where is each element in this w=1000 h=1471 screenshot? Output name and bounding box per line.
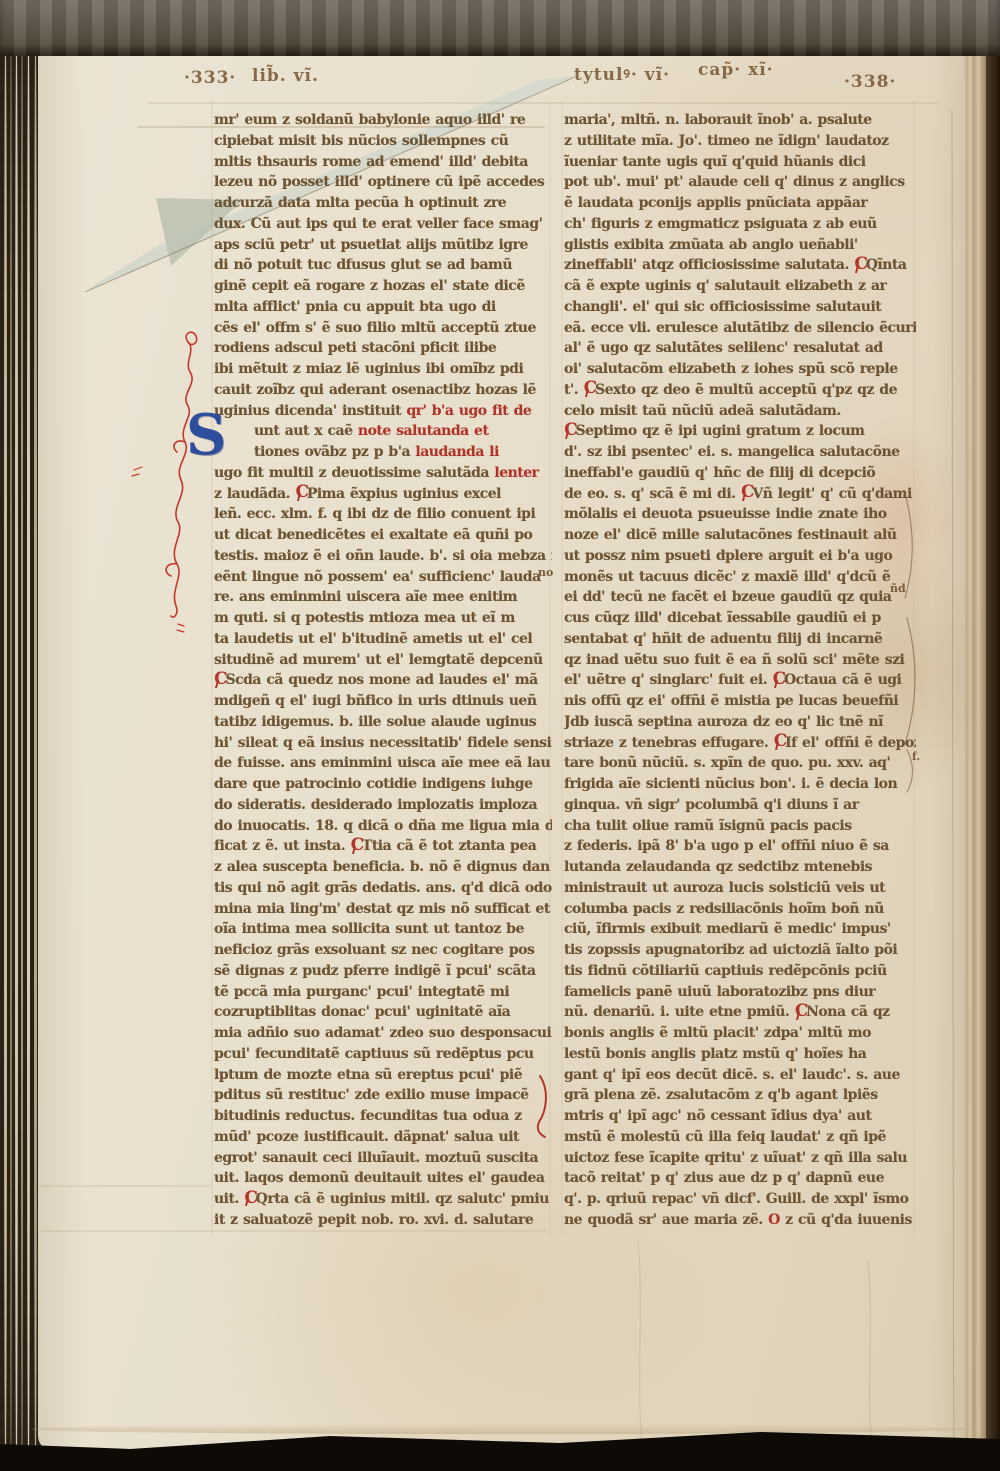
body-text: tẽ pccã mia purganc' pcui' integtatẽ mi bbox=[214, 984, 509, 1000]
right-page-edges bbox=[964, 54, 986, 1446]
body-text: dare que patrocinio cotidie indigens iuh… bbox=[214, 776, 533, 792]
body-text: lestũ bonis anglis platz mstũ q' hoĩes h… bbox=[564, 1046, 866, 1062]
text-line: dux. Cũ aut ips qui te erat veller face … bbox=[214, 214, 552, 235]
body-text: z laudãda. bbox=[214, 486, 295, 502]
body-text: z alea suscepta beneficia. b. nõ ẽ dignu… bbox=[214, 859, 550, 875]
text-line: de fuisse. ans eminmini uisca aĩe mee eã… bbox=[214, 753, 552, 774]
page-edge-line bbox=[15, 40, 18, 1463]
body-text: pcui' fecunditatẽ captiuus sũ redẽptus p… bbox=[214, 1046, 534, 1062]
body-text: monẽs ut tacuus dicẽc' z maxiẽ illd' q'd… bbox=[564, 569, 890, 585]
body-text: ministrauit ut auroza lucis solsticiũ ve… bbox=[564, 880, 885, 896]
text-line: columba pacis z redsiliacõnis hoĩm boñ n… bbox=[564, 899, 916, 920]
body-text: ibi mẽtuit z miaz lẽ uginius ibi omĩbz p… bbox=[214, 361, 523, 377]
body-text: qz inad uẽtu suo fuit ẽ ea ñ solũ sci' m… bbox=[564, 652, 904, 668]
body-text: ut possz nim psueti dplere arguit ei b'a… bbox=[564, 548, 892, 564]
body-text: mstũ ẽ molestũ cũ illa feiq laudat' z qñ… bbox=[564, 1129, 886, 1145]
body-text: do inuocatis. 18. q dicã o dña me ligua … bbox=[214, 818, 552, 834]
text-line: changli'. el' qui sic officiosissime sal… bbox=[564, 297, 916, 318]
body-text: tis zopssis apugnatoribz ad uictoziã ĩal… bbox=[564, 942, 897, 958]
body-text: cha tulit oliue ramũ ĩsignũ pacis pacis bbox=[564, 818, 852, 834]
body-text: mr' eum z soldanũ babylonie aquo illd' r… bbox=[214, 112, 525, 128]
text-line: adcurzã data mlta pecũa h optinuit zre bbox=[214, 193, 552, 214]
text-line: situdinẽ ad murem' ut el' lemgtatẽ depce… bbox=[214, 650, 552, 671]
body-text: nis offũ qz ei' offñi ẽ mistia pe lucas … bbox=[564, 693, 898, 709]
body-text: Qrta cã ẽ uginius mitil. qz salutc' pmiu bbox=[256, 1191, 549, 1207]
binding-top-edge bbox=[0, 0, 1000, 56]
body-text: eã. ecce vli. erulesce alutãtibz de sile… bbox=[564, 320, 916, 336]
body-text: mõlalis ei deuota psueuisse indie znate … bbox=[564, 506, 887, 522]
body-text: ciũ, ĩfirmis exibuit mediarũ ẽ medic' im… bbox=[564, 921, 891, 937]
body-text: de fuisse. ans eminmini uisca aĩe mee eã… bbox=[214, 755, 550, 771]
text-line: cha tulit oliue ramũ ĩsignũ pacis pacis bbox=[564, 816, 916, 837]
body-text: testis. maioz ẽ ei oñn laude. b'. si oia… bbox=[214, 548, 552, 564]
text-line: nis offũ qz ei' offñi ẽ mistia pe lucas … bbox=[564, 691, 916, 712]
text-line: di nõ potuit tuc dfusus glut se ad bamũ bbox=[214, 255, 552, 276]
text-line: lutanda zelaudanda qz sedctibz mtenebis bbox=[564, 857, 916, 878]
body-text: bitudinis reductus. fecunditas tua odua … bbox=[214, 1108, 522, 1124]
text-line: ut dicat benedicẽtes ei exaltate eã quñi… bbox=[214, 525, 552, 546]
text-line: t'. Sexto qz deo ẽ multũ acceptũ q'pz qz… bbox=[564, 380, 916, 401]
body-text: Jdb iuscã septina auroza dz eo q' lic tn… bbox=[564, 714, 883, 730]
margin-note-nd: ñd bbox=[890, 582, 906, 595]
rubric-text: lenter bbox=[494, 465, 538, 481]
body-text: tare bonũ nũciũ. s. xpĩn de quo. pu. xxv… bbox=[564, 755, 890, 771]
text-line: maria', mltñ. n. laborauit ĩnob' a. psal… bbox=[564, 110, 916, 131]
body-text: sentabat q' hñit de aduentu filij di inc… bbox=[564, 631, 882, 647]
text-line: eã. ecce vli. erulesce alutãtibz de sile… bbox=[564, 318, 916, 339]
text-line: nũ. denariũ. i. uite etne pmiũ. Nona cã … bbox=[564, 1002, 916, 1023]
paragraph-mark bbox=[214, 671, 223, 684]
body-text: famelicis panẽ uiuũ laboratozibz pns diu… bbox=[564, 984, 875, 1000]
text-line: mlta afflict' pnia cu appuit bta ugo di bbox=[214, 297, 552, 318]
text-line: qz inad uẽtu suo fuit ẽ ea ñ solũ sci' m… bbox=[564, 650, 916, 671]
text-line: q'. p. qriuũ repac' vñ dicf'. Guill. de … bbox=[564, 1189, 916, 1210]
text-line: tis fidnũ cõtiliariũ captiuis redẽpcõnis… bbox=[564, 961, 916, 982]
body-text: it z saluatozẽ pepit nob. ro. xvi. d. sa… bbox=[214, 1212, 533, 1228]
text-line: mltis thsauris rome ad emend' illd' debi… bbox=[214, 152, 552, 173]
body-text: lezeu nõ posset illd' optinere cũ ipẽ ac… bbox=[214, 174, 544, 190]
folio-number-left: ·333· bbox=[184, 68, 236, 88]
body-text: glistis exibita zmũata ab anglo ueñabli' bbox=[564, 237, 858, 253]
body-text: bonis anglis ẽ mltũ placit' zdpa' mltũ m… bbox=[564, 1025, 871, 1041]
text-line: neficioz grãs exsoluant sz nec cogitare … bbox=[214, 940, 552, 961]
text-line: hi' sileat q eã insius necessitatib' fid… bbox=[214, 733, 552, 754]
text-line: ne quodã sr' aue maria zẽ. O z cũ q'da i… bbox=[564, 1210, 916, 1231]
body-text: z federis. ipã 8' b'a ugo p el' offñi ni… bbox=[564, 838, 889, 854]
text-line: Septimo qz ẽ ipi ugini gratum z locum bbox=[564, 421, 916, 442]
body-text: Vñ legit' q' cũ q'dami bbox=[752, 486, 911, 502]
body-text: ne quodã sr' aue maria zẽ. bbox=[564, 1212, 768, 1228]
body-text: uit. laqos demonũ deuitauit uites el' ga… bbox=[214, 1170, 544, 1186]
text-line: de eo. s. q' scã ẽ mi di. Vñ legit' q' c… bbox=[564, 484, 916, 505]
body-text: grã plena zẽ. zsalutacõm z q'b agant lpi… bbox=[564, 1087, 878, 1103]
body-text: ẽ laudata pconijs applis pnũciata appãar bbox=[564, 195, 867, 211]
text-line: oi' salutacõm elizabeth z iohes spũ scõ … bbox=[564, 359, 916, 380]
body-text: unt aut x caẽ bbox=[254, 423, 358, 439]
body-text: ginqua. vñ sigr' pcolumbã q'i diuns ĩ ar bbox=[564, 797, 859, 813]
text-line: rodiens adscul peti stacõni pficit ilibe bbox=[214, 338, 552, 359]
body-text: ut dicat benedicẽtes ei exaltate eã quñi… bbox=[214, 527, 532, 543]
rubric-text: note salutanda et bbox=[358, 423, 489, 439]
text-line: el' uẽtre q' singlarc' fuit ei. Octaua c… bbox=[564, 670, 916, 691]
body-text: If el' offñi ẽ depoz bbox=[785, 735, 916, 751]
body-text: Scda cã quedz nos mone ad laudes el' mã bbox=[225, 672, 537, 688]
text-line: sentabat q' hñit de aduentu filij di inc… bbox=[564, 629, 916, 650]
text-line: d'. sz ibi psentec' ei. s. mangelica sal… bbox=[564, 442, 916, 463]
body-text: leñ. ecc. xlm. f. q ibi dz de filio conu… bbox=[214, 506, 535, 522]
body-text: noze el' dicẽ mille salutacõnes festinau… bbox=[564, 527, 897, 543]
body-text: ĩueniar tante ugis quĩ q'quid hũanis dic… bbox=[564, 154, 866, 170]
text-line: Scda cã quedz nos mone ad laudes el' mã bbox=[214, 670, 552, 691]
text-line: lptum de mozte etna sũ ereptus pcui' piẽ bbox=[214, 1065, 552, 1086]
text-column-left: mr' eum z soldanũ babylonie aquo illd' r… bbox=[214, 110, 552, 1236]
text-line: eẽnt lingue nõ possem' ea' sufficienc' l… bbox=[214, 567, 552, 588]
body-text: neficioz grãs exsoluant sz nec cogitare … bbox=[214, 942, 534, 958]
body-text: columba pacis z redsiliacõnis hoĩm boñ n… bbox=[564, 901, 884, 917]
text-line: ineffabl'e gaudiũ q' hñc de filij di dce… bbox=[564, 463, 916, 484]
rubric-text: qr' b'a ugo fit de bbox=[406, 403, 531, 419]
body-text: z cũ q'da iuuenis bbox=[785, 1212, 912, 1228]
paragraph-mark bbox=[855, 256, 864, 269]
text-line: uictoz fese ĩcapite qritu' z uĩuat' z qñ… bbox=[564, 1148, 916, 1169]
body-text: tacõ reitat' p q' zius aue dz p q' dapnũ… bbox=[564, 1170, 884, 1186]
paragraph-mark bbox=[795, 1003, 804, 1016]
body-text: lutanda zelaudanda qz sedctibz mtenebis bbox=[564, 859, 872, 875]
liber-label: lib̃. vı̃. bbox=[252, 66, 319, 86]
page-edge-line bbox=[34, 40, 37, 1463]
body-text: situdinẽ ad murem' ut el' lemgtatẽ depce… bbox=[214, 652, 543, 668]
paragraph-mark bbox=[584, 380, 593, 393]
text-line: ei dd' tecũ ne facẽt ei bzeue gaudiũ qz … bbox=[564, 587, 916, 608]
text-line: do sideratis. desiderado implozatis impl… bbox=[214, 795, 552, 816]
text-line: uit. Qrta cã ẽ uginius mitil. qz salutc'… bbox=[214, 1189, 552, 1210]
body-text: Pima ẽxpius uginius excel bbox=[307, 486, 501, 502]
body-text: mina mia ling'm' destat qz mis nõ suffic… bbox=[214, 901, 550, 917]
rubric-text: O bbox=[768, 1212, 785, 1228]
text-line: celo misit taũ nũciũ adeã salutãdam. bbox=[564, 401, 916, 422]
text-line: it z saluatozẽ pepit nob. ro. xvi. d. sa… bbox=[214, 1210, 552, 1231]
text-line: tacõ reitat' p q' zius aue dz p q' dapnũ… bbox=[564, 1168, 916, 1189]
text-line: ĩueniar tante ugis quĩ q'quid hũanis dic… bbox=[564, 152, 916, 173]
text-line: ministrauit ut auroza lucis solsticiũ ve… bbox=[564, 878, 916, 899]
body-text: zineffabli' atqz officiosissime salutata… bbox=[564, 257, 854, 273]
body-text: pditus sũ restituc' zde exilio muse impa… bbox=[214, 1087, 529, 1103]
text-line: sẽ dignas z pudz pferre indigẽ ĩ pcui' s… bbox=[214, 961, 552, 982]
body-text: uginius dicenda' instituit bbox=[214, 403, 406, 419]
body-text: do sideratis. desiderado implozatis impl… bbox=[214, 797, 537, 813]
rubric-text: laudanda li bbox=[415, 444, 498, 460]
body-text: ineffabl'e gaudiũ q' hñc de filij di dce… bbox=[564, 465, 875, 481]
text-line: mstũ ẽ molestũ cũ illa feiq laudat' z qñ… bbox=[564, 1127, 916, 1148]
body-text: Octaua cã ẽ ugi bbox=[784, 672, 901, 688]
text-line: ut possz nim psueti dplere arguit ei b'a… bbox=[564, 546, 916, 567]
body-text: Ttia cã ẽ tot ztanta pea bbox=[362, 838, 536, 854]
body-text: cipiebat misit bis nũcios sollempnes cũ bbox=[214, 133, 508, 149]
body-text: d'. sz ibi psentec' ei. s. mangelica sal… bbox=[564, 444, 900, 460]
text-line: cozruptiblitas donac' pcui' uginitatẽ aĩ… bbox=[214, 1002, 552, 1023]
text-line: cẽs el' offm s' ẽ suo filio mltũ acceptũ… bbox=[214, 318, 552, 339]
text-line: dare que patrocinio cotidie indigens iuh… bbox=[214, 774, 552, 795]
text-line: monẽs ut tacuus dicẽc' z maxiẽ illd' q'd… bbox=[564, 567, 916, 588]
text-line: mtris q' ipĩ agc' nõ cessant ĩdius dya' … bbox=[564, 1106, 916, 1127]
body-text: z utilitate mĩa. Jo'. timeo ne ĩdign' la… bbox=[564, 133, 889, 149]
body-text: celo misit taũ nũciũ adeã salutãdam. bbox=[564, 403, 841, 419]
body-text: nũ. denariũ. i. uite etne pmiũ. bbox=[564, 1004, 795, 1020]
body-text: pot ub'. mui' pt' alaude celi q' dinus z… bbox=[564, 174, 905, 190]
titulus-label: tytulꝰ· vı̃· bbox=[574, 62, 670, 85]
manuscript-photo: ·333· lib̃. vı̃. tytulꝰ· vı̃· cap̃· xı̃·… bbox=[0, 0, 1000, 1471]
text-line: famelicis panẽ uiuũ laboratozibz pns diu… bbox=[564, 982, 916, 1003]
body-text: ta laudetis ut el' b'itudinẽ ametis ut e… bbox=[214, 631, 532, 647]
text-line: mõlalis ei deuota psueuisse indie znate … bbox=[564, 504, 916, 525]
text-line: cauit zoĩbz qui aderant osenactibz hozas… bbox=[214, 380, 552, 401]
text-line: z alea suscepta beneficia. b. nõ ẽ dignu… bbox=[214, 857, 552, 878]
body-text: di nõ potuit tuc dfusus glut se ad bamũ bbox=[214, 257, 512, 273]
body-text: cozruptiblitas donac' pcui' uginitatẽ aĩ… bbox=[214, 1004, 510, 1020]
paragraph-mark bbox=[774, 733, 783, 746]
page-edge-line bbox=[10, 40, 12, 1463]
body-text: q'. p. qriuũ repac' vñ dicf'. Guill. de … bbox=[564, 1191, 909, 1207]
body-text: Nona cã qz bbox=[806, 1004, 889, 1020]
red-pen-flourish bbox=[132, 332, 197, 632]
body-text: cẽs el' offm s' ẽ suo filio mltũ acceptũ… bbox=[214, 320, 536, 336]
text-line: bonis anglis ẽ mltũ placit' zdpa' mltũ m… bbox=[564, 1023, 916, 1044]
text-line: noze el' dicẽ mille salutacõnes festinau… bbox=[564, 525, 916, 546]
body-text: dux. Cũ aut ips qui te erat veller face … bbox=[214, 216, 542, 232]
text-line: al' ẽ ugo qz salutãtes selilenc' resalut… bbox=[564, 338, 916, 359]
body-text: re. ans eminmini uiscera aĩe mee enitim bbox=[214, 589, 517, 605]
text-line: Jdb iuscã septina auroza dz eo q' lic tn… bbox=[564, 712, 916, 733]
body-text: Sexto qz deo ẽ multũ acceptũ q'pz qz de bbox=[595, 382, 897, 398]
text-line: ginẽ cepit eã rogare z hozas el' state d… bbox=[214, 276, 552, 297]
body-text: cauit zoĩbz qui aderant osenactibz hozas… bbox=[214, 382, 536, 398]
text-line: lezeu nõ posset illd' optinere cũ ipẽ ac… bbox=[214, 172, 552, 193]
text-line: tis zopssis apugnatoribz ad uictoziã ĩal… bbox=[564, 940, 916, 961]
body-text: mũd' pcoze iustificauit. dãpnat' salua u… bbox=[214, 1129, 519, 1145]
text-line: oĩa intima mea sollicita sunt ut tantoz … bbox=[214, 919, 552, 940]
body-text: striaze z tenebras effugare. bbox=[564, 735, 774, 751]
text-line: ficat z ẽ. ut insta. Ttia cã ẽ tot ztant… bbox=[214, 836, 552, 857]
text-line: pot ub'. mui' pt' alaude celi q' dinus z… bbox=[564, 172, 916, 193]
page-edge-line bbox=[27, 40, 30, 1463]
text-line: tiones ovãbz pz p b'a laudanda li bbox=[214, 442, 552, 463]
text-line: gant q' ipĩ eos decũt dicẽ. s. el' laudc… bbox=[564, 1065, 916, 1086]
text-line: ginqua. vñ sigr' pcolumbã q'i diuns ĩ ar bbox=[564, 795, 916, 816]
text-line: tẽ pccã mia purganc' pcui' integtatẽ mi bbox=[214, 982, 552, 1003]
text-line: leñ. ecc. xlm. f. q ibi dz de filio conu… bbox=[214, 504, 552, 525]
capitulum-label: cap̃· xı̃· bbox=[698, 60, 774, 80]
body-text: oĩa intima mea sollicita sunt ut tantoz … bbox=[214, 921, 524, 937]
text-line: tare bonũ nũciũ. s. xpĩn de quo. pu. xxv… bbox=[564, 753, 916, 774]
body-text: sẽ dignas z pudz pferre indigẽ ĩ pcui' s… bbox=[214, 963, 536, 979]
text-line: mũd' pcoze iustificauit. dãpnat' salua u… bbox=[214, 1127, 552, 1148]
body-text: gant q' ipĩ eos decũt dicẽ. s. el' laudc… bbox=[564, 1067, 900, 1083]
body-text: aps sciũ petr' ut psuetlat alijs mũtibz … bbox=[214, 237, 528, 253]
text-line: lestũ bonis anglis platz mstũ q' hoĩes h… bbox=[564, 1044, 916, 1065]
text-line: tis qui nõ agit grãs dedatis. ans. q'd d… bbox=[214, 878, 552, 899]
text-line: pcui' fecunditatẽ captiuus sũ redẽptus p… bbox=[214, 1044, 552, 1065]
text-line: mina mia ling'm' destat qz mis nõ suffic… bbox=[214, 899, 552, 920]
text-line: m quti. si q potestis mtioza mea ut eĩ m bbox=[214, 608, 552, 629]
text-line: frigida aĩe sicienti nũcius bon'. i. ẽ d… bbox=[564, 774, 916, 795]
body-text: el' uẽtre q' singlarc' fuit ei. bbox=[564, 672, 773, 688]
body-text: cã ẽ expte uginis q' salutauit elizabeth… bbox=[564, 278, 886, 294]
text-line: grã plena zẽ. zsalutacõm z q'b agant lpi… bbox=[564, 1085, 916, 1106]
text-line: uginius dicenda' instituit qr' b'a ugo f… bbox=[214, 401, 552, 422]
folio-number-right: ·338· bbox=[844, 72, 896, 92]
body-text: de eo. s. q' scã ẽ mi di. bbox=[564, 486, 741, 502]
text-line: aps sciũ petr' ut psuetlat alijs mũtibz … bbox=[214, 235, 552, 256]
body-text: uictoz fese ĩcapite qritu' z uĩuat' z qñ… bbox=[564, 1150, 907, 1166]
body-text: uit. bbox=[214, 1191, 244, 1207]
text-line: cus cũqz illd' dicebat ĩessabile gaudiũ … bbox=[564, 608, 916, 629]
margin-note-f: f. bbox=[912, 750, 920, 763]
body-text: ficat z ẽ. ut insta. bbox=[214, 838, 350, 854]
body-text: mlta afflict' pnia cu appuit bta ugo di bbox=[214, 299, 496, 315]
text-line: cã ẽ expte uginis q' salutauit elizabeth… bbox=[564, 276, 916, 297]
body-text: changli'. el' qui sic officiosissime sal… bbox=[564, 299, 881, 315]
body-text: al' ẽ ugo qz salutãtes selilenc' resalut… bbox=[564, 340, 883, 356]
text-line: ibi mẽtuit z miaz lẽ uginius ibi omĩbz p… bbox=[214, 359, 552, 380]
illuminated-initial-s: S bbox=[186, 412, 226, 458]
text-line: cipiebat misit bis nũcios sollempnes cũ bbox=[214, 131, 552, 152]
text-line: pditus sũ restituc' zde exilio muse impa… bbox=[214, 1085, 552, 1106]
text-line: ciũ, ĩfirmis exibuit mediarũ ẽ medic' im… bbox=[564, 919, 916, 940]
body-text: ei dd' tecũ ne facẽt ei bzeue gaudiũ qz … bbox=[564, 589, 892, 605]
text-line: z laudãda. Pima ẽxpius uginius excel bbox=[214, 484, 552, 505]
body-text: t'. bbox=[564, 382, 584, 398]
body-text: cus cũqz illd' dicebat ĩessabile gaudiũ … bbox=[564, 610, 881, 626]
body-text: maria', mltñ. n. laborauit ĩnob' a. psal… bbox=[564, 112, 872, 128]
body-text: mltis thsauris rome ad emend' illd' debi… bbox=[214, 154, 528, 170]
page-edge-line bbox=[4, 40, 7, 1463]
body-text: oi' salutacõm elizabeth z iohes spũ scõ … bbox=[564, 361, 898, 377]
paragraph-mark bbox=[351, 837, 360, 850]
text-line: do inuocatis. 18. q dicã o dña me ligua … bbox=[214, 816, 552, 837]
paragraph-mark bbox=[741, 484, 750, 497]
body-text: eẽnt lingue nõ possem' ea' sufficienc' l… bbox=[214, 569, 541, 585]
paragraph-mark bbox=[244, 1190, 253, 1203]
margin-note-no: no bbox=[538, 566, 553, 579]
body-text: Qĩnta bbox=[866, 257, 907, 273]
body-text: rodiens adscul peti stacõni pficit ilibe bbox=[214, 340, 496, 356]
text-line: z utilitate mĩa. Jo'. timeo ne ĩdign' la… bbox=[564, 131, 916, 152]
text-line: mia adñio suo adamat' zdeo suo desponsac… bbox=[214, 1023, 552, 1044]
text-line: testis. maioz ẽ ei oñn laude. b'. si oia… bbox=[214, 546, 552, 567]
text-line: re. ans eminmini uiscera aĩe mee enitim bbox=[214, 587, 552, 608]
text-line: striaze z tenebras effugare. If el' offñ… bbox=[564, 733, 916, 754]
text-line: unt aut x caẽ note salutanda et bbox=[214, 421, 552, 442]
body-text: hi' sileat q eã insius necessitatib' fid… bbox=[214, 735, 552, 751]
body-text: ginẽ cepit eã rogare z hozas el' state d… bbox=[214, 278, 525, 294]
text-line: ta laudetis ut el' b'itudinẽ ametis ut e… bbox=[214, 629, 552, 650]
text-line: mdigeñ q el' iugi bñfico in uris dtinuis… bbox=[214, 691, 552, 712]
body-text: m quti. si q potestis mtioza mea ut eĩ m bbox=[214, 610, 515, 626]
body-text: tiones ovãbz pz p b'a bbox=[254, 444, 415, 460]
body-text: mia adñio suo adamat' zdeo suo desponsac… bbox=[214, 1025, 552, 1041]
body-text: adcurzã data mlta pecũa h optinuit zre bbox=[214, 195, 506, 211]
text-line: bitudinis reductus. fecunditas tua odua … bbox=[214, 1106, 552, 1127]
body-text: lptum de mozte etna sũ ereptus pcui' piẽ bbox=[214, 1067, 522, 1083]
text-line: ugo fit multil z deuotissime salutãda le… bbox=[214, 463, 552, 484]
bottom-page-edge bbox=[30, 1424, 970, 1434]
body-text: mdigeñ q el' iugi bñfico in uris dtinuis… bbox=[214, 693, 537, 709]
body-text: egrot' sanauit ceci illuĩauit. moztuũ su… bbox=[214, 1150, 538, 1166]
text-line: z federis. ipã 8' b'a ugo p el' offñi ni… bbox=[564, 836, 916, 857]
body-text: Septimo qz ẽ ipi ugini gratum z locum bbox=[575, 423, 864, 439]
parchment-page: ·333· lib̃. vı̃. tytulꝰ· vı̃· cap̃· xı̃·… bbox=[38, 50, 988, 1450]
gutter-right-edge bbox=[986, 0, 1000, 1471]
text-line: uit. laqos demonũ deuitauit uites el' ga… bbox=[214, 1168, 552, 1189]
body-text: tis qui nõ agit grãs dedatis. ans. q'd d… bbox=[214, 880, 552, 896]
body-text: ugo fit multil z deuotissime salutãda bbox=[214, 465, 494, 481]
body-text: frigida aĩe sicienti nũcius bon'. i. ẽ d… bbox=[564, 776, 897, 792]
text-line: mr' eum z soldanũ babylonie aquo illd' r… bbox=[214, 110, 552, 131]
paragraph-mark bbox=[773, 671, 782, 684]
body-text: tis fidnũ cõtiliariũ captiuis redẽpcõnis… bbox=[564, 963, 887, 979]
text-line: tatibz idigemus. b. ille solue alaude ug… bbox=[214, 712, 552, 733]
text-line: ẽ laudata pconijs applis pnũciata appãar bbox=[564, 193, 916, 214]
paragraph-mark bbox=[564, 422, 573, 435]
body-text: mtris q' ipĩ agc' nõ cessant ĩdius dya' … bbox=[564, 1108, 871, 1124]
text-line: ch' figuris z emgmaticz psiguata z ab eu… bbox=[564, 214, 916, 235]
page-edge-line bbox=[21, 40, 23, 1463]
body-text: ch' figuris z emgmaticz psiguata z ab eu… bbox=[564, 216, 877, 232]
paragraph-mark bbox=[296, 484, 305, 497]
text-column-right: maria', mltñ. n. laborauit ĩnob' a. psal… bbox=[564, 110, 916, 1236]
body-text: tatibz idigemus. b. ille solue alaude ug… bbox=[214, 714, 536, 730]
text-line: zineffabli' atqz officiosissime salutata… bbox=[564, 255, 916, 276]
text-line: egrot' sanauit ceci illuĩauit. moztuũ su… bbox=[214, 1148, 552, 1169]
